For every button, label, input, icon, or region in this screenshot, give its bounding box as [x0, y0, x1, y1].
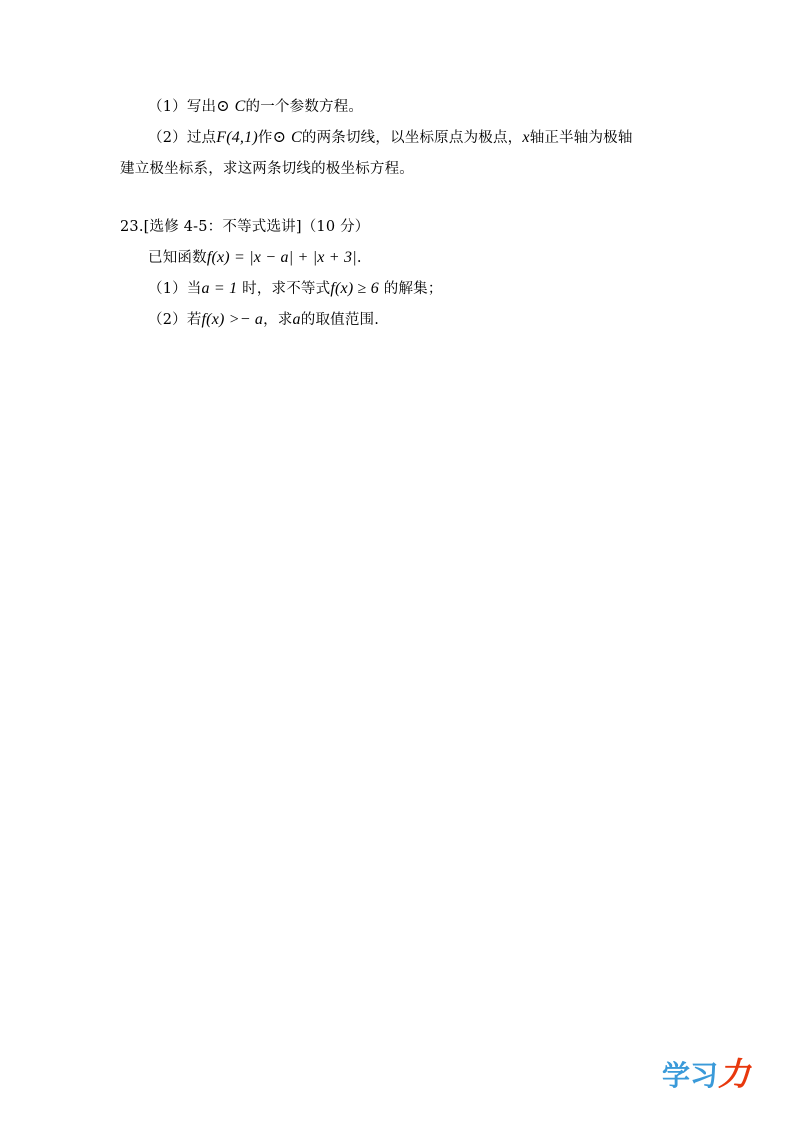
q23-intro: 已知函数f(x) = |x − a| + |x + 3|.: [148, 248, 362, 268]
q23-part1: （1）当a = 1 时，求不等式f(x) ≥ 6 的解集；: [148, 279, 443, 299]
math-c: C: [291, 129, 302, 146]
label: （1）写出: [148, 99, 216, 115]
circle-dot-symbol: ⊙: [273, 129, 287, 146]
math-point: F(4,1): [216, 129, 258, 146]
text: 的取值范围.: [301, 312, 379, 328]
text: .: [357, 250, 362, 266]
logo-text-red: 力: [718, 1055, 750, 1093]
q23-heading: 23.[选修 4-5：不等式选讲]（10 分）: [120, 217, 370, 237]
q23-part2: （2）若f(x) >− a，求a的取值范围.: [148, 310, 379, 330]
math-x: x: [522, 129, 529, 146]
text: 轴正半轴为极轴: [530, 130, 633, 146]
text: 建立极坐标系，求这两条切线的极坐标方程。: [120, 161, 414, 177]
q22-part2-line1: （2）过点F(4,1)作⊙ C的两条切线，以坐标原点为极点，x轴正半轴为极轴: [148, 128, 633, 148]
label: （1）当: [148, 281, 202, 297]
math-c: C: [235, 98, 246, 115]
text: 的两条切线，以坐标原点为极点，: [302, 130, 523, 146]
math: f(x) >− a: [202, 311, 264, 328]
math: f(x) ≥ 6: [330, 280, 379, 297]
text: 的一个参数方程。: [246, 99, 364, 115]
q22-part1: （1）写出⊙ C的一个参数方程。: [148, 97, 363, 117]
text: 的解集；: [379, 281, 443, 297]
math: a: [293, 311, 301, 328]
heading: 23.[选修 4-5：不等式选讲]（10 分）: [120, 219, 370, 235]
label: （2）若: [148, 312, 202, 328]
text: 已知函数: [148, 250, 207, 266]
math-function: f(x) = |x − a| + |x + 3|: [207, 249, 357, 266]
text: 时，求不等式: [237, 281, 330, 297]
logo-text-blue: 学习: [662, 1059, 718, 1092]
math: a = 1: [202, 280, 238, 297]
text: ，求: [263, 312, 292, 328]
circle-dot-symbol: ⊙: [216, 98, 230, 115]
q22-part2-line2: 建立极坐标系，求这两条切线的极坐标方程。: [120, 159, 414, 179]
label: （2）过点: [148, 130, 216, 146]
xuexili-logo: 学习力: [662, 1056, 750, 1094]
text: 作: [258, 130, 273, 146]
